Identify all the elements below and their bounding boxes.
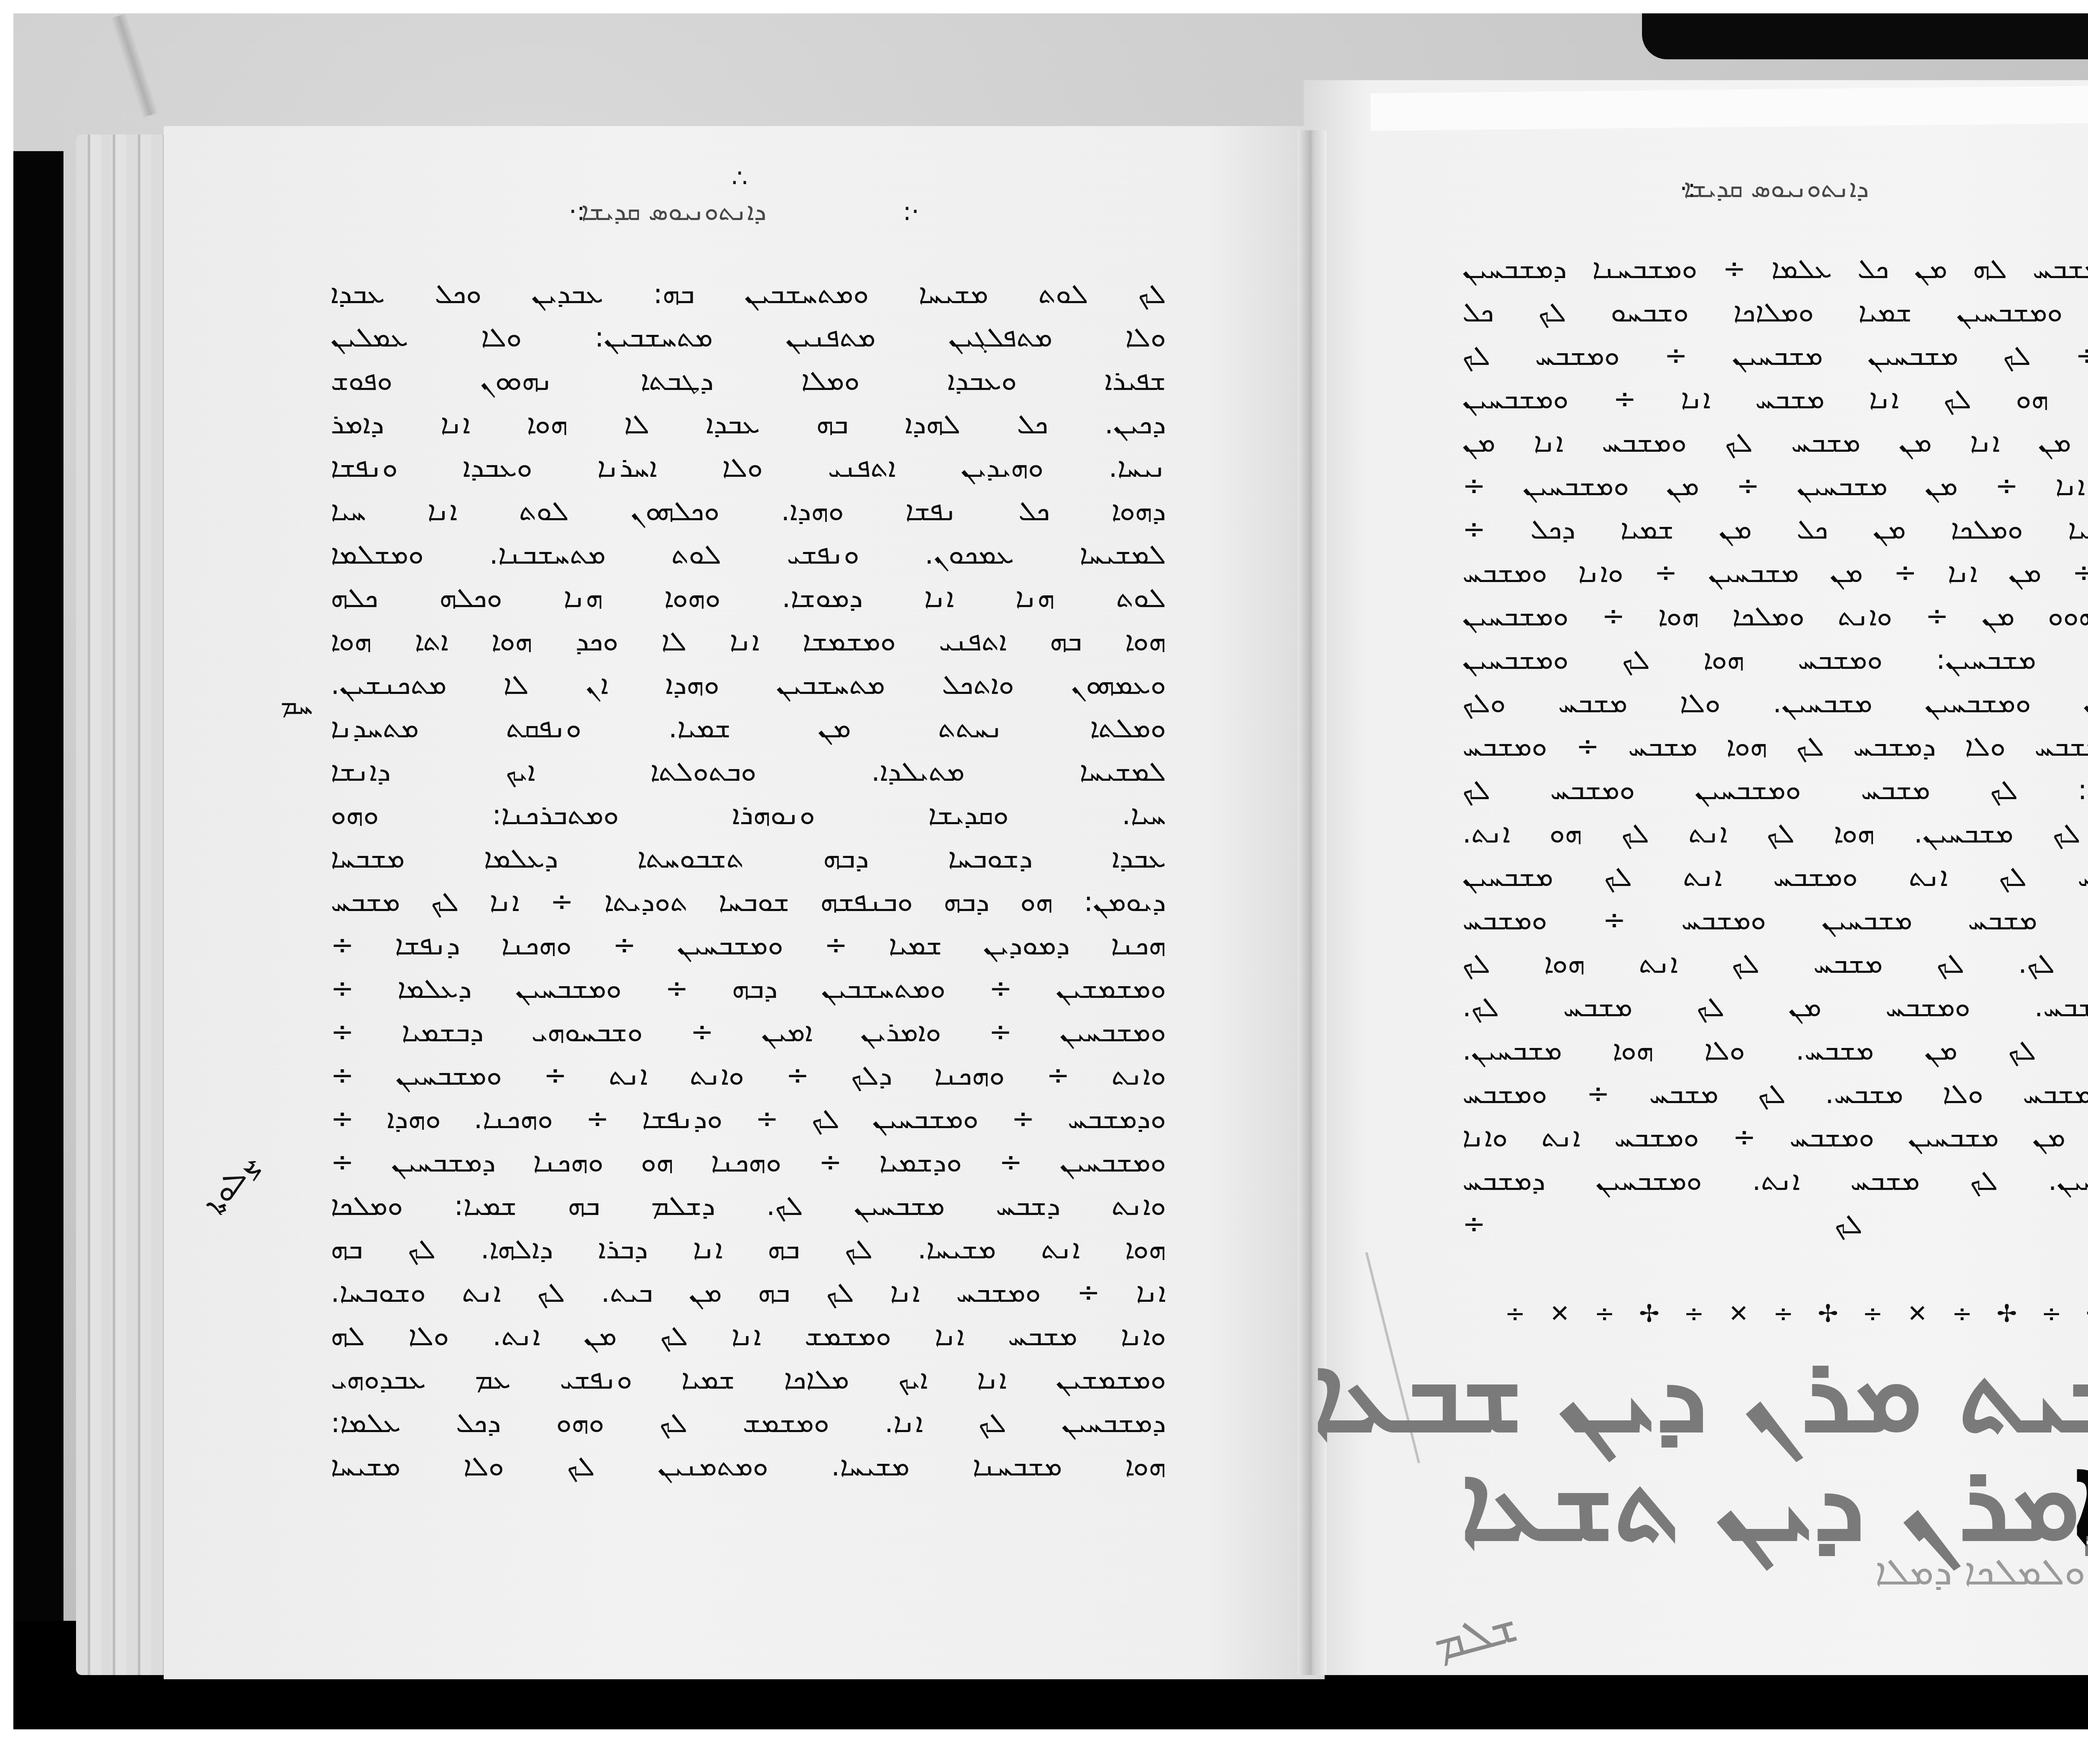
text-line: ܘܠܐ ܡܫܒܚ ܡܫܒܚ ܘܠܐ ܡܫܒܚ. ܠܟ ܡܫܒܚ ÷ ܘܡܫܒܚ [1462, 1072, 2088, 1116]
text-line: ܡܫܒܚ ܕܡܫܒܚ ܠܟ ܐܢܬ ܘܡܫܒܚ ܐܢܬ ܠܟ ܡܫܒܚܝܢ [1462, 855, 2088, 898]
text-line: ܐܢܐ ÷ ܘܡܫܒܚ ܐܢܐ ܠܟ ܒܗ ܡܢ ܒܝܬ. ܠܟ ܐܢܬ ܘܫܘ… [331, 1271, 1166, 1314]
text-line: ܕܡܫܒܚܝܢ ܠܟ ܐܢܐ. ܘܡܫܡܫ ܠܟ ܘܗܘ ܕܟܠ ܥܠܡܐ: [331, 1401, 1166, 1445]
text-line: ܗܘܐ ܐܢܬ ܡܫܝܚܐ. ܠܟ ܒܗ ܐܢܐ ܕܒܪܐ ܕܐܠܗܐ. ܠܟ … [331, 1227, 1166, 1271]
text-line: ܢܝܚܐ. ܘܗܝܕܝܢ ܐܬܦܢܝ ܘܠܐ ܐܚܪܢܐ ܘܥܒܕܐ ܘܢܦܫܐ [331, 446, 1166, 489]
text-line: ܐܢܬ ܗܘ ÷ ܡܢ ܐܢܐ ܡܢ ܡܫܒܚ ܠܟ ܘܡܫܒܚ ܐܢܐ ܡܢ [1462, 421, 2088, 464]
text-line: ܘܡܫܡܫܝܢ ÷ ܘܡܬܚܫܒܝܢ ܕܒܗ ÷ ܘܡܫܒܚܝܢ ܕܥܠܡܐ ÷ [331, 967, 1166, 1010]
manuscript-photograph: ∴ ·: ܕܐܢܬܘܢܝܘܣ ܩܕܝܫܐ :· ·: ܕܐܢܬܘܢܝܘܣ ܩܕܝ… [13, 13, 2088, 1729]
text-line: ܡܢ ܡܫܒܚܝܢ ÷ ܡܢ ܐܢܐ ÷ ܡܢ ܡܫܒܚܝܢ ÷ ܘܐܢܐ ܘܡ… [1462, 551, 2088, 595]
margin-mark: ܚܡ [281, 690, 313, 721]
text-line: ܘܠܐ ܡܬܦܠܓܝܢ ܡܬܦܢܝܢ ܡܬܚܫܒܝܢ: ܘܠܐ ܥܡܠܝܢ [331, 316, 1166, 359]
text-line: ܠܡܫܝܚܐ ܡܬܝܠܕܐ. ܘܒܬܘܠܬܐ ܐܝܟ ܕܐܢܫܐ [331, 750, 1166, 793]
text-line: ܐܢܬ ܕܡܫܒܚ ܠܟ ܡܫܒܚܝܢ. ܗܘܐ ܠܟ ܐܢܬ ܠܟ ܗܘ ܐܢ… [1462, 812, 2088, 855]
left-page-text: ܠܟ ܠܘܬ ܡܫܝܚܐ ܘܡܬܚܫܒܝܢ ܒܗ: ܥܒܕܝܢ ܘܟܠ ܥܒܕܐ… [331, 272, 1166, 1488]
text-line: ܡܫܒܚ: ܘܠܐ ܡܫܒܚ ܘܠܐ ܕܡܫܒܚ ܠܟ ܗܘܐ ܡܫܒܚ ÷ ܘ… [1462, 725, 2088, 768]
text-line: ܕܟܝܢ. ܟܠ ܠܗܕܐ ܒܗ ܥܒܕܐ ܠܐ ܗܘܐ ܐܢܐ ܕܐܡܪ [331, 402, 1166, 446]
text-line: ܘܕܡܫܒܚ ÷ ܘܡܫܒܚܝܢ ܠܟ ÷ ܘܕܢܦܫܐ ÷ ܘܗܟܢܐ. ܘܗ… [331, 1097, 1166, 1141]
text-line: ܠܟ ÷ ܡܢ ܐܢܐ ÷ ܡܢ ܡܫܒܚܝܢ ÷ ܡܢ ܘܡܫܒܚܝܢ ÷ [1462, 464, 2088, 508]
text-line: ܠܟ ܠܘܬ ܡܫܝܚܐ ܘܡܬܚܫܒܝܢ ܒܗ: ܥܒܕܝܢ ܘܟܠ ܥܒܕܐ [331, 272, 1166, 316]
text-line: ܘܥܡܗܘܢ ܘܐܬܟܠ ܡܬܚܫܒܝܢ ܘܗܕܐ ܐܢ ܠܐ ܡܬܟܢܫܝܢ. [331, 663, 1166, 706]
text-line: ܕܗܘܐ ܟܠ ܢܦܫܐ ܘܗܕܐ. ܘܟܠܗܘܢ ܠܘܬ ܐܢܐ ܚܝܐ [331, 489, 1166, 533]
text-line: ܡܫܒܚܝܢ ܕܡܫܒܚ. ܘܡܫܒܚ ܡܢ ܠܟ ܡܫܒܚ ܠܟ. [1462, 985, 2088, 1029]
text-line: ܕܝܘܡܢ: ܗܘ ܕܒܗ ܘܒܢܦܫܗ ܫܘܒܚܐ ܬܘܕܝܬܐ ÷ ܐܢܐ … [331, 880, 1166, 924]
text-line: ܘܡܫܒܚܝܢ ÷ ܘܕܫܡܝܐ ÷ ܘܗܟܢܐ ܗܘ ܘܗܟܢܐ ܕܡܫܒܚܝ… [331, 1141, 1166, 1184]
text-line: ܡܫܒܚ: ܡܫܒܚ ܡܢ ܡܫܒܚܝܢ ܘܡܫܒܚ ÷ ܘܡܫܒܚ ܐܢܬ ܘ… [1462, 1116, 2088, 1159]
text-line: ܘܐܢܬ ܕܫܒܚ ܡܫܒܚܝܢ ܠܟ. ܕܫܠܡ ܒܗ ܫܡܝܐ: ܘܡܠܟܐ [331, 1184, 1166, 1227]
display-title-black-word: ܫܘܒܚܐ [2072, 1433, 2088, 1562]
header-ornament-right: :· [903, 197, 919, 226]
header-ornament-top: ∴ [732, 164, 748, 193]
text-line: ܕܡܫܒܚ ܡܫܒܚܝܢ. ܠܟ ܡܫܒܚ ܐܢܬ. ܘܡܫܒܚܝܢ ܕܡܫܒܚ [1462, 1159, 2088, 1202]
text-line: ܘܡܫܡܫܝܢ ܐܢܐ ܐܝܟ ܡܠܐܟܐ ܫܡܝܐ ܘܢܦܫܝ ܥܡ ܥܒܕܘ… [331, 1358, 1166, 1401]
text-line: ܘܡܠܬܐ ܢܚܬܬ ܡܢ ܫܡܝܐ. ܘܢܦܩܬ ܡܬܚܕܢܐ [331, 706, 1166, 750]
text-line: ܘܐܢܬ ÷ ܘܗܟܢܐ ܕܠܟ ÷ ܘܐܢܬ ܐܢܬ ÷ ܘܡܫܒܚܝܢ ÷ [331, 1054, 1166, 1097]
right-running-head: ܕܐܢܬܘܢܝܘܣ ܩܕܝܫܐ [1684, 174, 1869, 203]
display-title-line-3: ܕܢܚܬ ܕܡܫܝܚܐ ܘܠܡܠܟܐ ܕܡܠܐ [1429, 1550, 2088, 1594]
text-line: ܠܟ ܡܫܒܚܝܢ ܗܘܘ ܡܢ ÷ ܘܐܢܬ ܘܡܠܟܐ ܗܘܐ ÷ ܘܡܫܒ… [1462, 595, 2088, 638]
text-line: ܡܢ ÷ ܕܫܡܝܐ ܘܡܠܟܐ ܡܢ ܟܠ ܡܢ ܫܡܝܐ ܕܟܠ ÷ [1462, 508, 2088, 551]
text-line: ܕܡܫܒܚ. ܗܘܐ ܡܫܒܚ ܡܫܒܚܝܢ ܘܡܫܒܚ ÷ ܘܡܫܒܚ [1462, 898, 2088, 942]
text-line: ܘܐܢܐ ܡܫܒܚ ܐܢܐ ܘܡܫܡܫ ܐܢܐ ܠܟ ܡܢ ܐܢܬ. ܘܠܐ ܠ… [331, 1314, 1166, 1358]
text-line: ܘܡܫܒܚܝܢ: ܠܟ ܗܘ ܠܟ ܐܢܐ ܡܫܒܚ ܐܢܐ ÷ ܘܡܫܒܚܝܢ [1462, 377, 2088, 421]
text-line: ܘܡܫܒܚܝܢ ÷ ܘܐܡܪܝܢ ܐܡܝܢ ÷ ܘܫܒܚܘܗܝ ܕܒܫܡܝܐ ÷ [331, 1010, 1166, 1054]
text-line: ܡܫܒܚ ܠܟ ÷ [1462, 1202, 2088, 1246]
shadow-top-right [1642, 13, 2088, 59]
text-line: ܕܡܫܒܚܝܢ ܐܢܬ ܠܟ ܡܢ ܡܫܒܚ. ܘܠܐ ܗܘܐ ܡܫܒܚܝܢ. [1462, 1029, 2088, 1072]
text-line: ܠܘܬ ܗܢܐ ܐܢܐ ܕܡܘܫܐ. ܘܗܘܐ ܗܢܐ ܘܟܠܗ ܟܠܗ [331, 576, 1166, 620]
text-line: ܠܟ ܡܫܒܚܝܢ ܠܟ. ܠܟ ܡܫܒܚ ܠܟ ܐܢܬ ܗܘܐ ܠܟ [1462, 942, 2088, 985]
ornamental-divider: × ÷ ✢ ÷ ✢ ÷ ✢ ÷ ✕ ÷ ✢ ÷ ✕ ÷ ✢ ÷ ✕ ÷ [1458, 1299, 2088, 1337]
text-line: ܘܐܢܬ ܡܫܒܚܝܢ ܘܡܫܒܚܝܢ ܡܫܒܚܝܢ. ܘܠܐ ܡܫܒܚ ܘܠܟ [1462, 681, 2088, 725]
right-page-text: ܘܡܫܒܚ ܠܟ ܘܡܫܒܚ ܠܗ ܡܢ ܟܠ ܥܠܡܐ ÷ ܘܡܫܒܚܢܐ ܕ… [1462, 247, 2088, 1246]
text-line: ܥܒܕܐ ܕܫܘܒܚܐ ܕܒܗ ܬܫܒܘܚܬܐ ܕܥܠܡܐ ܡܫܒܚܐ [331, 837, 1166, 880]
text-line: ܫܦܝܪܐ ܘܥܒܕܐ ܘܡܠܐ ܕܛܒܬܐ ܢܗܘܘܢ ܘܦܘܫ [331, 359, 1166, 402]
text-line: ܗܘܐ ܒܗ ܐܬܦܢܝ ܘܡܫܡܫܐ ܐܢܐ ܠܐ ܘܟܕ ܗܘܐ ܐܬܐ ܗ… [331, 620, 1166, 663]
text-line: ܥܠܡ ܗܘܐ ÷ ܠܟ ܡܫܒܚܝܢ ܡܫܒܚܝܢ ÷ ܘܡܫܒܚ ܠܟ [1462, 334, 2088, 377]
text-line: ܘܡܫܒܚܝܢ ÷ ܘܡܫܒܚܝܢ ܫܡܝܐ ܘܡܠܐܟܐ ܘܫܒܚܘ ܠܟ ܟ… [1462, 291, 2088, 334]
left-running-head: ܕܐܢܬܘܢܝܘܣ ܩܕܝܫܐ [581, 197, 766, 226]
text-line: ܗܘܐ ܡܫܒܚܢܐ ܡܫܝܚܐ. ܘܡܬܡܢܝܢ ܠܟ ܘܠܐ ܡܫܝܚܐ [331, 1445, 1166, 1488]
text-line: ܗܟܢܐ ܕܡܘܕܝܢ ܫܡܝܐ ÷ ܘܡܫܒܚܝܢ ÷ ܘܗܟܢܐ ܕܢܦܫܐ… [331, 924, 1166, 967]
text-line: ܘܡܫܒܚ ܠܟ ܘܡܫܒܚ ܠܗ ܡܢ ܟܠ ܥܠܡܐ ÷ ܘܡܫܒܚܢܐ ܕ… [1462, 247, 2088, 291]
display-title-line-2: ܩܠܝܐ ܕܡܪܢ ܕܝܢ ܬܫܥܐ [1442, 1441, 2088, 1566]
shadow-left [13, 151, 63, 1729]
text-line: ܘܡܫܡܫܝܢ ܠܟ ܡܫܒܚܝܢ: ܘܡܫܒܚ ܗܘܐ ܠܟ ܘܡܫܒܚܝܢ [1462, 638, 2088, 681]
text-line: ܘܠܟ ܡܫܒܚܝܢ: ܠܟ ܡܫܒܚ ܘܡܫܒܚܝܢ ܘܡܫܒܚ ܠܟ [1462, 768, 2088, 812]
display-title-line-1: ܥܠ ܕܒܝܬ ܡܪܢ ܕܝܢ ܫܒܥܐ [1425, 1333, 2088, 1457]
text-line: ܠܡܫܝܚܐ ܥܡܟܘܢ. ܘܢܦܫܝ ܠܘܬ ܡܬܚܫܒܢܐ. ܘܡܫܠܡܐ [331, 533, 1166, 576]
text-line: ܚܝܐ. ܘܩܕܝܫܐ ܘܢܘܗܪܐ ܘܡܬܒܪܟܢܐ: ܘܗܘ [331, 793, 1166, 837]
